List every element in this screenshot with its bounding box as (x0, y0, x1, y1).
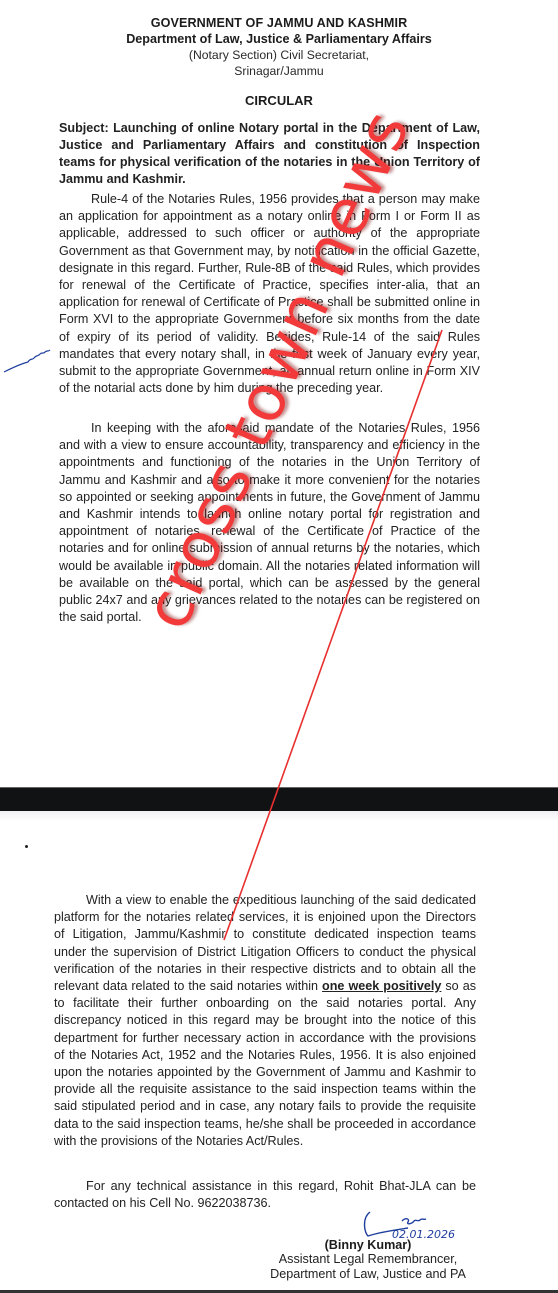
margin-initials-icon (4, 350, 50, 372)
subject-line: Subject: Launching of online Notary port… (59, 120, 480, 188)
city-address: Srinagar/Jammu (0, 63, 558, 79)
scan-speck (25, 845, 28, 848)
paragraph-3-text-a: With a view to enable the expeditious la… (54, 893, 476, 993)
paragraph-1-text: Rule-4 of the Notaries Rules, 1956 provi… (59, 192, 480, 395)
signatory-designation: Assistant Legal Remembrancer, (268, 1252, 468, 1267)
paragraph-4: For any technical assistance in this reg… (54, 1178, 476, 1212)
page-break-band (0, 787, 558, 812)
document-type-heading: CIRCULAR (0, 93, 558, 109)
emphasis-one-week: one week positively (322, 979, 441, 993)
government-title: GOVERNMENT OF JAMMU AND KASHMIR (0, 15, 558, 31)
page-break-shadow (0, 811, 558, 821)
department-title: Department of Law, Justice & Parliamenta… (0, 31, 558, 47)
signatory-department: Department of Law, Justice and PA (268, 1267, 468, 1282)
paragraph-3-text-b: so as to facilitate their further onboar… (54, 979, 476, 1148)
paragraph-3: With a view to enable the expeditious la… (54, 892, 476, 1150)
paragraph-2-text: In keeping with the aforesaid mandate of… (59, 421, 480, 624)
paragraph-2: In keeping with the aforesaid mandate of… (59, 420, 480, 626)
paragraph-4-text: For any technical assistance in this reg… (54, 1179, 476, 1210)
signatory-name: (Binny Kumar) (268, 1238, 468, 1252)
section-address: (Notary Section) Civil Secretariat, (0, 47, 558, 63)
circular-document: GOVERNMENT OF JAMMU AND KASHMIR Departme… (0, 0, 558, 1293)
paragraph-1: Rule-4 of the Notaries Rules, 1956 provi… (59, 191, 480, 397)
